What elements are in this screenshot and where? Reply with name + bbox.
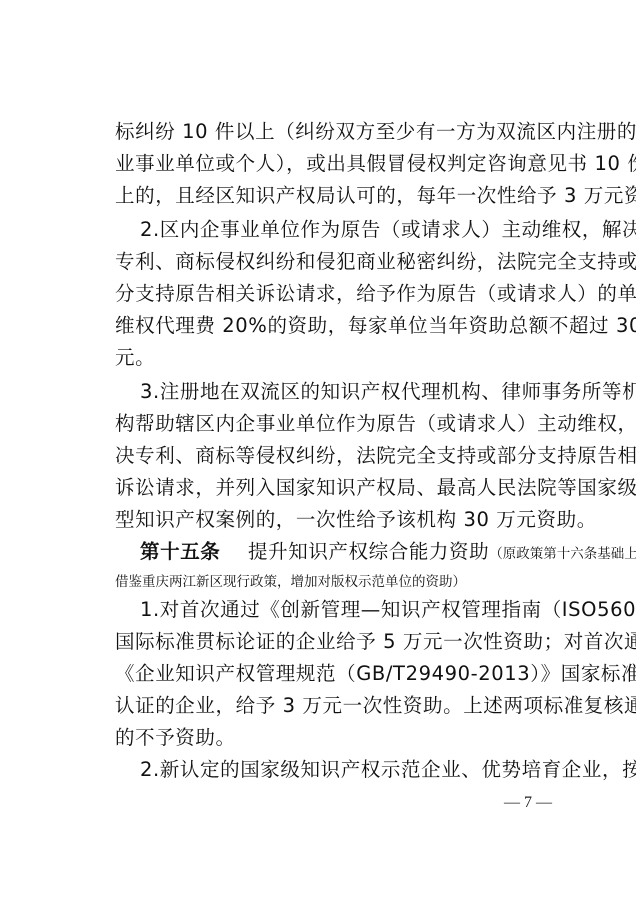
article-title: 提升知识产权综合能力资助	[248, 540, 489, 563]
article-note: （原政策第十六条基础上，	[489, 546, 636, 562]
paragraph-line: 业事业单位或个人），或出具假冒侵权判定咨询意见书 10 份以	[115, 152, 540, 176]
paragraph-line: 构帮助辖区内企事业单位作为原告（或请求人）主动维权，解	[115, 412, 540, 436]
paragraph-line: 国际标准贯标论证的企业给予 5 万元一次性资助；对首次通过	[115, 630, 540, 654]
paragraph-line: 《企业知识产权管理规范（GB/T29490-2013）》国家标准贯标	[115, 662, 540, 686]
paragraph-line: 2.新认定的国家级知识产权示范企业、优势培育企业，按	[140, 758, 540, 782]
paragraph-line: 型知识产权案例的，一次性给予该机构 30 万元资助。	[115, 508, 540, 532]
page-number: — 7 —	[504, 794, 552, 812]
paragraph-line: 的不予资助。	[115, 726, 540, 750]
paragraph-line: 标纠纷 10 件以上（纠纷双方至少有一方为双流区内注册的企	[115, 120, 540, 144]
paragraph-line: 1.对首次通过《创新管理—知识产权管理指南（ISO56005）》	[140, 598, 540, 622]
paragraph-line: 3.注册地在双流区的知识产权代理机构、律师事务所等机	[140, 380, 540, 404]
paragraph-line: 分支持原告相关诉讼请求，给予作为原告（或请求人）的单位	[115, 282, 540, 306]
paragraph-line: 2.区内企事业单位作为原告（或请求人）主动维权，解决	[140, 218, 540, 242]
article-number: 第十五条	[140, 540, 220, 563]
paragraph-line: 元。	[115, 346, 540, 370]
paragraph-line: 维权代理费 20%的资助，每家单位当年资助总额不超过 30 万	[115, 314, 540, 338]
paragraph-line: 专利、商标侵权纠纷和侵犯商业秘密纠纷，法院完全支持或部	[115, 250, 540, 274]
paragraph-line: 上的，且经区知识产权局认可的，每年一次性给予 3 万元资助。	[115, 184, 540, 208]
paragraph-line: 决专利、商标等侵权纠纷，法院完全支持或部分支持原告相关	[115, 444, 540, 468]
paragraph-line: 诉讼请求，并列入国家知识产权局、最高人民法院等国家级典	[115, 476, 540, 500]
paragraph-line: 认证的企业，给予 3 万元一次性资助。上述两项标准复核通过	[115, 694, 540, 718]
article-heading: 第十五条 提升知识产权综合能力资助（原政策第十六条基础上，	[140, 540, 540, 566]
article-note-continued: 借鉴重庆两江新区现行政策，增加对版权示范单位的资助）	[115, 570, 540, 594]
